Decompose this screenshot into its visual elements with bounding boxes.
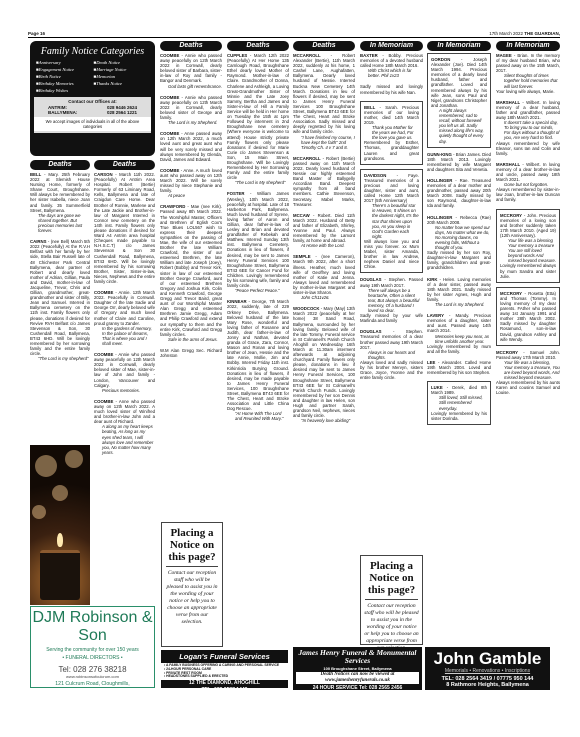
notice: CRAWFORD - Mae (nee Kirk). Passed away 8…: [160, 204, 222, 342]
notice: COOMBE - Annie. 12th March 2022. Peacefu…: [94, 290, 155, 346]
notice: BELL - Sarah. Precious memories of our l…: [360, 101, 423, 165]
memoriam-column-2: In Memoriam GORDON - Joseph Alexander (J…: [427, 41, 491, 429]
placing-notice-box-2: Placing a Notice on this page? Contact o…: [360, 555, 423, 645]
categories-list: Anniversary Death Notice Engagement Noti…: [30, 60, 155, 94]
deaths-column-1: Deaths BELL - Mary. 25th February 2022 a…: [30, 160, 90, 367]
notice: CUPPLES - March 12th 2022 (Peacefully) A…: [227, 53, 289, 185]
candle-photo: [30, 445, 90, 605]
candle-flame-icon: [57, 533, 63, 547]
ad-web-box: Death Notices can now be viewed atwww.ja…: [296, 672, 419, 684]
notice: MCCRORY - John. Precious memories of a l…: [496, 209, 560, 283]
memoriam-column-3: In Memoriam MAGEE - Brian. In the memory…: [496, 41, 560, 402]
section-heading: In Memoriam: [427, 41, 491, 51]
ad-website: www.robinsonsofculcrum.com: [31, 674, 154, 679]
images-note: We accept images of individuals in all o…: [34, 117, 151, 131]
notice: COOMBE - Annie who passed away peacefull…: [160, 95, 222, 126]
category-item: Death Notice: [94, 60, 150, 66]
notice: FOSTER - William James (Wesley), 10th Ma…: [227, 191, 289, 293]
notice: KIRK - Helen. Loving memories of a dear …: [427, 277, 491, 308]
ad-james-henry: James Henry Funeral & Monumental Service…: [293, 647, 422, 690]
section-heading: Deaths: [30, 160, 90, 170]
notice: LAVERY - Mandy. Precious memories of a d…: [427, 313, 491, 354]
office-phone: 028 2564 1221: [107, 110, 137, 115]
notice: MCCAW - Robert. Died 11th March 2022. Hu…: [293, 213, 355, 249]
notice: COOMBE - Anne who passed away on 12th Ma…: [94, 399, 155, 455]
ad-address: 100 Broughshane Street, Ballymena: [293, 666, 422, 671]
deaths-column-2: Deaths CARSON - March 11th 2022. (Peacef…: [94, 160, 155, 461]
notice: COOMBE - Anne. A much loved aunt who pas…: [160, 168, 222, 199]
notice: COOMBE - Anne passed away on 12th March …: [160, 131, 222, 162]
notice: DOUGLAS - Stephen. Treasured memories of…: [360, 329, 423, 380]
notice: COOMBE - Annie who passed away peacefull…: [94, 352, 155, 393]
page-number: Page 16: [28, 31, 45, 36]
memoriam-column-1: In Memoriam BAXTER - Bobby. Precious mem…: [360, 41, 423, 386]
ad-logans: Logan's Funeral Services • A FAMILY BUSI…: [161, 650, 288, 688]
ad-title: DJM Robinson & Son: [31, 609, 154, 645]
paper-name: THE GUARDIAN,: [524, 31, 560, 36]
notice: MCCARROLL - Robert (Bertie) passed away …: [293, 156, 355, 207]
deaths-column-3: Deaths COOMBE - Annie who passed away pe…: [160, 41, 222, 364]
notice: SEMPLE - (nee Cameron), March 9th 2022, …: [293, 254, 355, 300]
section-heading: Deaths: [293, 41, 355, 51]
ad-address: 121 Culcrum Road, Cloughmills,: [31, 681, 154, 688]
ad-tagline: Serving the community for over 150 years: [31, 647, 154, 653]
office-name: BALLYMENA:: [48, 110, 77, 115]
notice: MCCRORY - Samuel John. Passed away 17th …: [496, 350, 560, 396]
ad-title: Logan's Funeral Services: [161, 650, 288, 663]
ad-phone: Tel: 028 276 38218: [31, 665, 154, 674]
notice: LUKE - Derek, died 8th March 1989.Still …: [427, 381, 491, 425]
category-item: Thanks Notice: [94, 81, 150, 87]
office-ballymena: BALLYMENA:028 2564 1221: [34, 110, 151, 115]
category-item: Birthday Memories: [36, 81, 92, 87]
placing-heading: Placing a Notice on this page?: [166, 523, 218, 567]
section-heading: Deaths: [94, 160, 155, 170]
masthead: 17th March 2022 THE GUARDIAN,: [489, 31, 560, 36]
ad-djm-robinson: DJM Robinson & Son Serving the community…: [30, 606, 155, 688]
ad-service: • HEADSTONES SUPPLIED & ERECTED: [164, 675, 285, 679]
category-item: Engagement Notice: [36, 67, 92, 73]
family-notice-categories: Family Notice Categories Anniversary Dea…: [30, 41, 155, 156]
placing-heading: Placing a Notice on this page?: [365, 556, 418, 600]
section-heading: Deaths: [160, 41, 222, 51]
notice: MAGEE - Brian. In the memory of my dear …: [496, 53, 560, 94]
ad-service-list: • A FAMILY BUSINESS OFFERING A CARING AN…: [161, 663, 288, 680]
section-heading: Deaths: [227, 41, 289, 51]
page-header: Page 16 17th March 2022 THE GUARDIAN,: [28, 28, 560, 38]
category-item: Birthday Wishes: [36, 88, 92, 94]
notice-signature: W.M Alan Gregg Sec. Richard Johnston: [160, 348, 222, 358]
ad-title: James Henry Funeral & Monumental Service…: [293, 647, 422, 665]
notice: CARSON - March 11th 2022. (Peacefully) A…: [94, 172, 155, 284]
notice: CAIRNS - (nee Bell) March 5th 2022 (Peac…: [30, 239, 90, 361]
deaths-column-5: Deaths MCCARROLL - Robert Alexander (Ber…: [293, 41, 355, 429]
ad-address: 8 Rathmore Heights, Ballymena: [425, 682, 550, 688]
category-item: Birth Notice: [36, 74, 92, 80]
ad-phone: TEL: 028 2587 1443: [161, 687, 288, 688]
notice: MARSHALL - Wilbert. In loving memory of …: [496, 162, 560, 203]
notice: DOUGLAS - Stephen. Passed away 19th Marc…: [360, 277, 423, 323]
placing-notice-box: Placing a Notice on this page? Contact o…: [161, 522, 223, 647]
candle-icon: [40, 550, 80, 600]
notice: HOLLINGER - Rebecca (Rae) 20th March 200…: [427, 215, 491, 271]
notice: GUNN-KING - Brian James. Died 18th March…: [427, 152, 491, 172]
ad-services: Memorials • Renovations • Inscriptions: [425, 668, 550, 674]
notice: MCCARROLL - Robert Alexander (Bertie), 1…: [293, 53, 355, 150]
notice: HOLLINGER - Rae. Treasured memories of a…: [427, 178, 491, 209]
notice: GORDON - Joseph Alexander (Joe). Died 14…: [427, 53, 491, 148]
category-item: Memorian: [94, 74, 150, 80]
notice: BAXTER - Bobby. Precious memories of a d…: [360, 53, 423, 78]
issue-date: 17th March 2022: [489, 31, 523, 36]
ad-services: • FUNERAL DIRECTORS •: [31, 655, 154, 661]
notice: DAVIDSON - Faye. Treasured memories of a…: [360, 169, 423, 274]
category-item: Marriage Notice: [94, 67, 150, 73]
notice: WOODCOCK - Mary (May) 13th March 2022 (p…: [293, 306, 355, 423]
ad-phone: 24 HOUR SERVICE Tel: 028 2565 2456: [293, 684, 422, 690]
notice: Sadly missed and lovingly remembered by …: [360, 84, 423, 94]
contact-box: Contact our Offices at: ANTRIM:028 9446 …: [34, 97, 151, 133]
notice: MARSHALL - Wilbert. In loving memory of …: [496, 100, 560, 156]
contact-title: Contact our Offices at:: [34, 99, 151, 104]
category-item: Anniversary: [36, 60, 92, 66]
notice: LEE - Alexander. Called Home 19th March …: [427, 360, 491, 375]
notice: BELL - Mary. 25th February 2022 at Slemi…: [30, 172, 90, 233]
deaths-column-4: Deaths CUPPLES - March 12th 2022 (Peacef…: [227, 41, 289, 428]
categories-title: Family Notice Categories: [30, 41, 155, 60]
placing-body: Contact our reception staff who will be …: [162, 570, 222, 626]
notice: MCCRORY - Rosetta (Etta) and Thomas (Tom…: [496, 287, 560, 346]
section-heading: In Memoriam: [496, 41, 560, 51]
notice: COOMBE - Annie who passed away peacefull…: [160, 53, 222, 89]
notice: KINNEAR - George, 7th March 2022, sudden…: [227, 299, 289, 421]
section-heading: In Memoriam: [360, 41, 423, 51]
ad-title: John Gamble: [425, 647, 550, 668]
ad-john-gamble: John Gamble Memorials • Renovations • In…: [425, 647, 550, 690]
placing-body: Contact our reception staff who will be …: [361, 603, 422, 652]
